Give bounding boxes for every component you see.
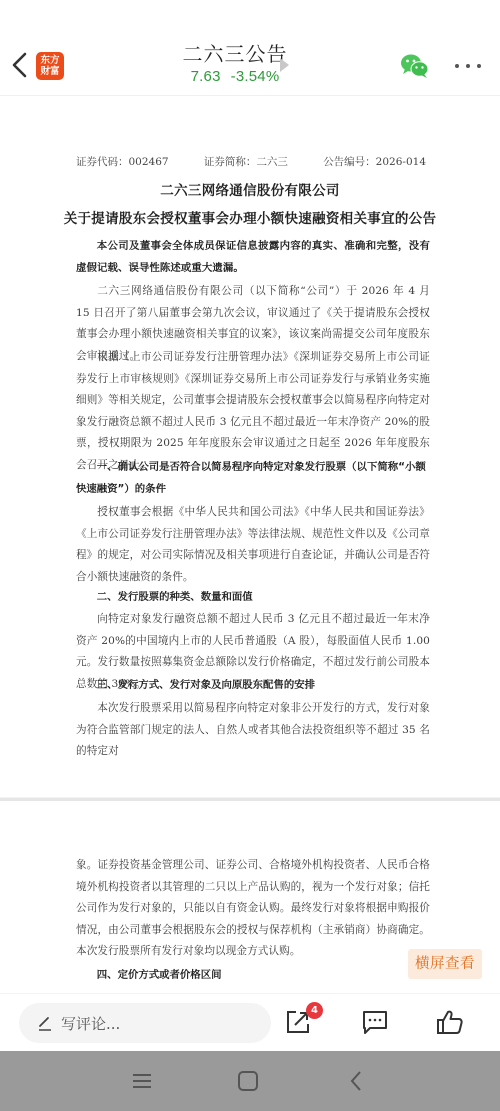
- stock-price: 7.63: [191, 68, 221, 85]
- back-button[interactable]: [8, 48, 32, 82]
- recent-apps-button[interactable]: [130, 1069, 154, 1093]
- section-1-heading: 一、确认公司是否符合以简易程序向特定对象发行股票（以下简称“小额快速融资”）的条…: [76, 457, 430, 500]
- wechat-icon: [400, 52, 430, 80]
- document-meta: 证券代码：002467 证券简称：二六三 公告编号：2026-014: [76, 154, 426, 169]
- recent-apps-icon: [130, 1069, 154, 1093]
- document-page-1[interactable]: 证券代码：002467 证券简称：二六三 公告编号：2026-014 二六三网络…: [0, 97, 500, 797]
- disclosure-statement: 本公司及董事会全体成员保证信息披露内容的真实、准确和完整，没有虚假记载、误导性陈…: [76, 236, 430, 279]
- comment-input[interactable]: 写评论...: [19, 1003, 271, 1043]
- thumbs-up-icon: [436, 1008, 464, 1036]
- section-4-heading: 四、定价方式或者价格区间: [76, 965, 430, 987]
- company-name: 二六三网络通信股份有限公司: [0, 179, 500, 199]
- section-3-body: 本次发行股票采用以简易程序向特定对象非公开发行的方式，发行对象为符合监管部门规定…: [76, 698, 430, 763]
- eastmoney-logo[interactable]: 东方 财富: [36, 52, 64, 80]
- comments-icon: [361, 1008, 389, 1036]
- home-icon: [236, 1069, 260, 1093]
- comment-placeholder: 写评论...: [61, 1013, 120, 1034]
- like-button[interactable]: [436, 1008, 464, 1036]
- home-button[interactable]: [236, 1069, 260, 1093]
- section-1-body: 授权董事会根据《中华人民共和国公司法》《中华人民共和国证券法》《上市公司证券发行…: [76, 502, 430, 588]
- section-3-continuation: 象。证券投资基金管理公司、证券公司、合格境外机构投资者、人民币合格境外机构投资者…: [76, 855, 430, 963]
- document-title: 关于提请股东会授权董事会办理小额快速融资相关事宜的公告: [0, 207, 500, 227]
- more-icon: [455, 64, 459, 68]
- section-3-heading: 三、发行方式、发行对象及向原股东配售的安排: [76, 675, 430, 697]
- system-back-button[interactable]: [345, 1069, 369, 1093]
- security-code: 证券代码：002467: [76, 154, 169, 169]
- app-header: 东方 财富 二六三公告 7.63-3.54%: [0, 0, 500, 96]
- comments-button[interactable]: [361, 1008, 389, 1036]
- bottom-action-bar: 写评论... 4: [0, 993, 500, 1051]
- section-2-heading: 二、发行股票的种类、数量和面值: [76, 587, 430, 609]
- system-nav-bar: [0, 1051, 500, 1111]
- pen-icon: [37, 1015, 53, 1031]
- security-short-name: 证券简称：二六三: [204, 154, 288, 169]
- more-button[interactable]: [455, 62, 481, 70]
- expand-arrow-icon[interactable]: [280, 58, 289, 72]
- notice-number: 公告编号：2026-014: [323, 154, 426, 169]
- stock-change: -3.54%: [231, 68, 280, 85]
- back-icon: [8, 48, 32, 82]
- landscape-view-button[interactable]: 横屏查看: [408, 949, 482, 979]
- wechat-share-button[interactable]: [400, 52, 430, 80]
- system-back-icon: [345, 1069, 369, 1093]
- share-count-badge: 4: [306, 1002, 323, 1019]
